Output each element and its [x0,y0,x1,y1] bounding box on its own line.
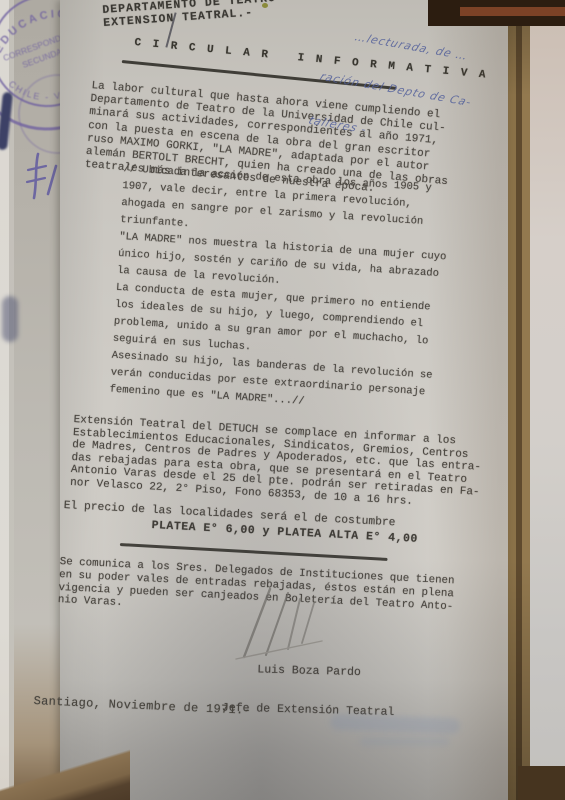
book-cover-bottom-right [518,766,565,800]
handwritten-line: …lecturada, de … [335,26,492,67]
price-underline [120,543,388,561]
photo-of-bound-document: DE EDUCACION CORRESPONDENCIA SECUNDARIA … [0,0,565,800]
ink-blot-faint [2,296,18,342]
ticket-info-paragraph: Extensión Teatral del DETUCH se complace… [70,414,483,512]
letterhead: DEPARTAMENTO DE TEATROEXTENSION TEATRAL.… [102,0,277,30]
book-cover-bottom-left [0,745,130,800]
previous-page-edges: DE EDUCACION CORRESPONDENCIA SECUNDARIA … [0,0,66,800]
background-surface [525,0,565,800]
handwritten-line: ración del Depto de Ca- [318,69,475,110]
synopsis-paragraph: // Ubicada la acción de esta obra los añ… [109,161,451,419]
ink-smear-faint [360,737,450,746]
handwritten-line: talleres - [300,112,457,153]
signer-name: Luis Boza Pardo [204,662,414,680]
wood-stripe [460,7,565,16]
